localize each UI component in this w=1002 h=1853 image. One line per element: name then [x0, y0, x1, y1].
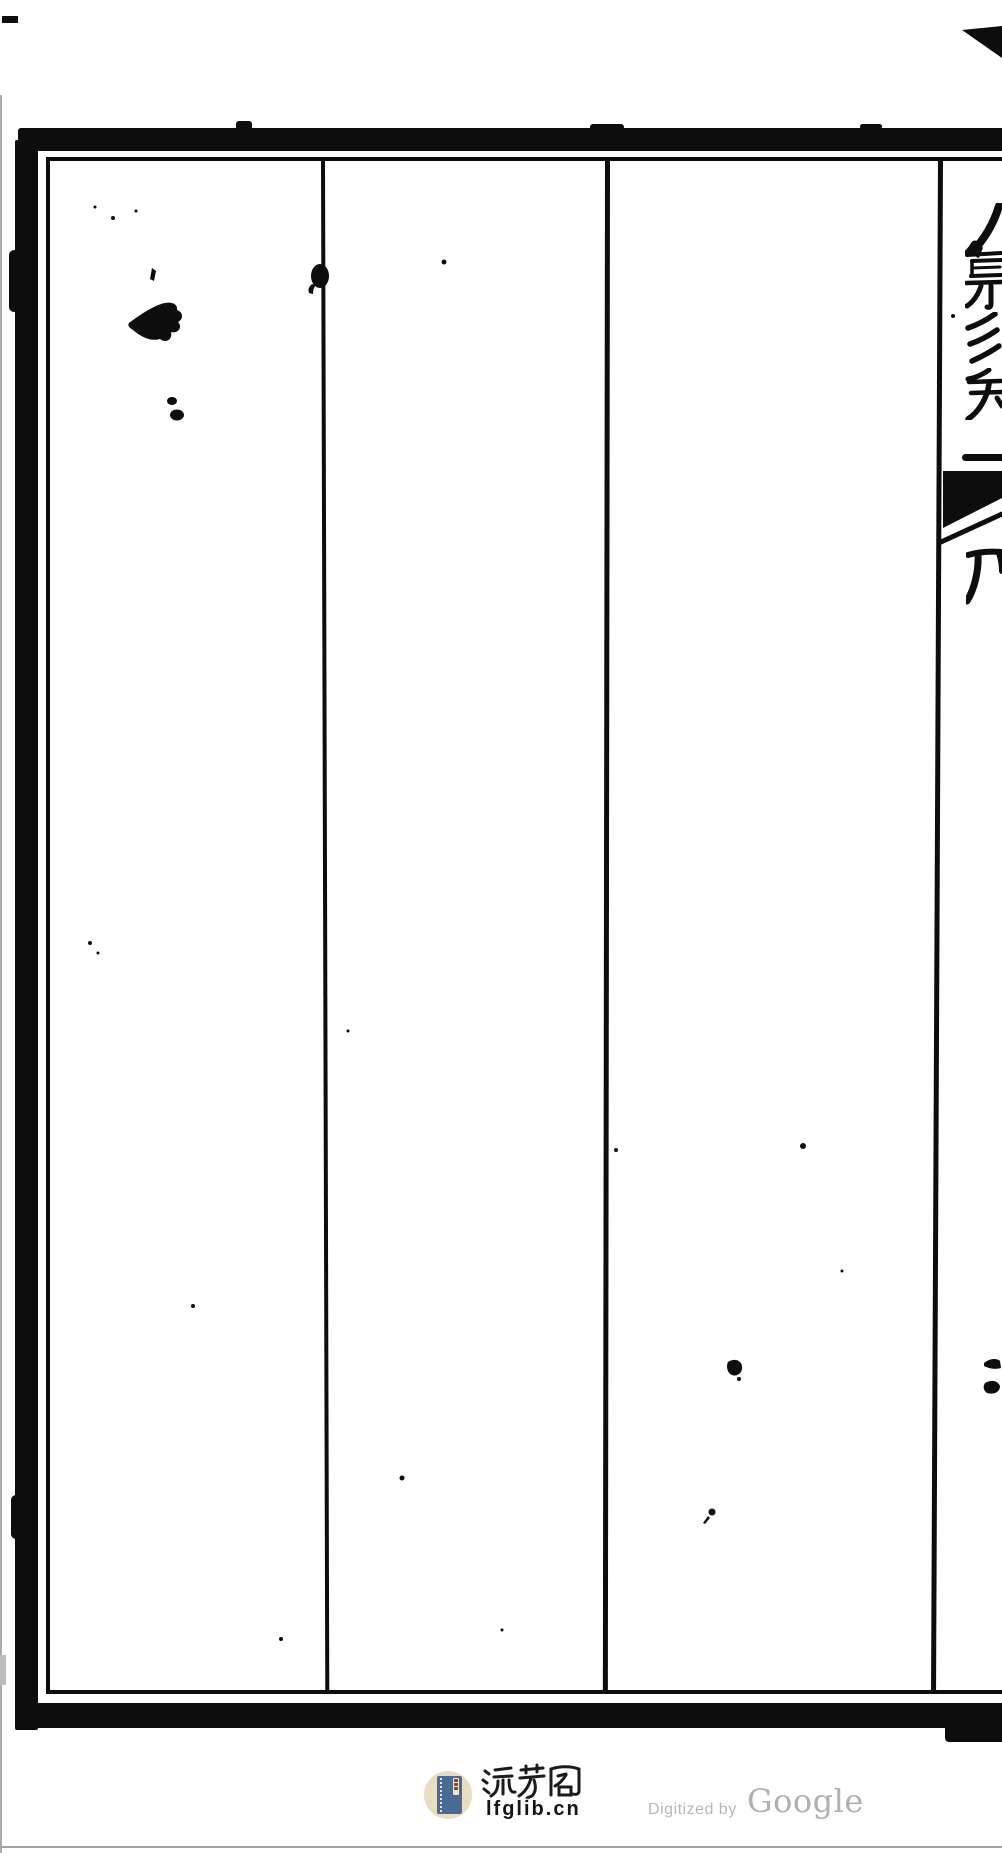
ink-specks-overlay [0, 0, 1002, 1853]
book-stitch-line [440, 1778, 443, 1812]
lfglib-url-text: lfglib.cn [486, 1798, 581, 1821]
scanned-book-page: lfglib.cn Digitized by Google [0, 0, 1002, 1853]
lfglib-site-name-calligraphy [480, 1763, 584, 1801]
google-wordmark: Google [747, 1782, 864, 1820]
book-icon [437, 1776, 462, 1814]
digitized-by-text: Digitized by [648, 1801, 737, 1819]
book-title-label [453, 1778, 459, 1795]
lfglib-logo [424, 1771, 472, 1819]
